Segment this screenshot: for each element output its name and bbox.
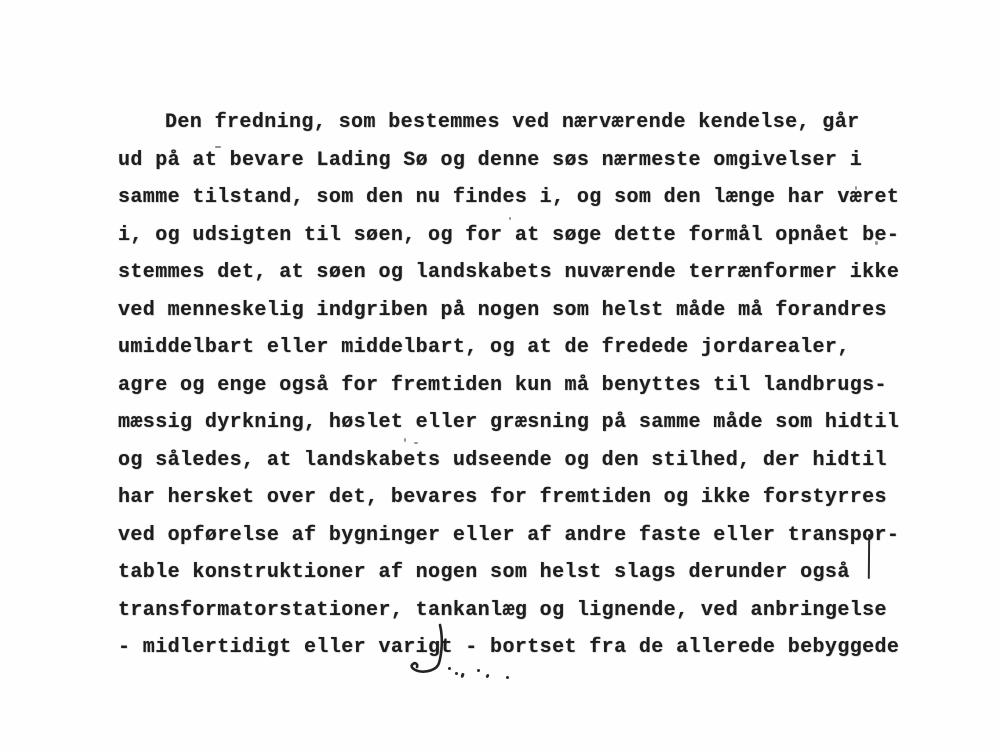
- text-line: transformatorstationer, tankanlæg og lig…: [118, 592, 908, 630]
- text-line: ud på at bevare Lading Sø og denne søs n…: [118, 142, 908, 180]
- text-line: mæssig dyrkning, høslet eller græsning p…: [118, 404, 908, 442]
- ink-dot: [455, 672, 458, 675]
- ink-dot: [506, 676, 509, 679]
- ink-dot: [460, 673, 464, 679]
- text-line: ved opførelse af bygninger eller af andr…: [118, 517, 908, 555]
- text-line: har hersket over det, bevares for fremti…: [118, 479, 908, 517]
- text-line: i, og udsigten til søen, og for at søge …: [118, 217, 908, 255]
- text-line: - midlertidigt eller varigt - bortset fr…: [118, 629, 908, 667]
- ink-dot: [448, 667, 451, 670]
- text-line: umiddelbart eller middelbart, og at de f…: [118, 329, 908, 367]
- scan-speck: [855, 186, 857, 190]
- ink-dot: [477, 669, 480, 672]
- scan-speck: [509, 217, 511, 220]
- typewritten-text-block: Den fredning, som bestemmes ved nærværen…: [118, 104, 908, 667]
- ink-dot: [485, 674, 489, 679]
- text-line: Den fredning, som bestemmes ved nærværen…: [118, 104, 908, 142]
- scanned-document-page: Den fredning, som bestemmes ved nærværen…: [0, 0, 1000, 750]
- handwritten-bracket-mark: [406, 621, 451, 681]
- scan-speck: [215, 146, 221, 148]
- text-line: ved menneskelig indgriben på nogen som h…: [118, 292, 908, 330]
- margin-pen-stroke: [868, 534, 870, 579]
- scan-speck: [875, 241, 878, 245]
- scan-speck: [414, 442, 418, 444]
- scan-speck: [404, 438, 406, 442]
- text-line: stemmes det, at søen og landskabets nuvæ…: [118, 254, 908, 292]
- text-line: table konstruktioner af nogen som helst …: [118, 554, 908, 592]
- text-line: og således, at landskabets udseende og d…: [118, 442, 908, 480]
- text-line: samme tilstand, som den nu findes i, og …: [118, 179, 908, 217]
- text-line: agre og enge også for fremtiden kun må b…: [118, 367, 908, 405]
